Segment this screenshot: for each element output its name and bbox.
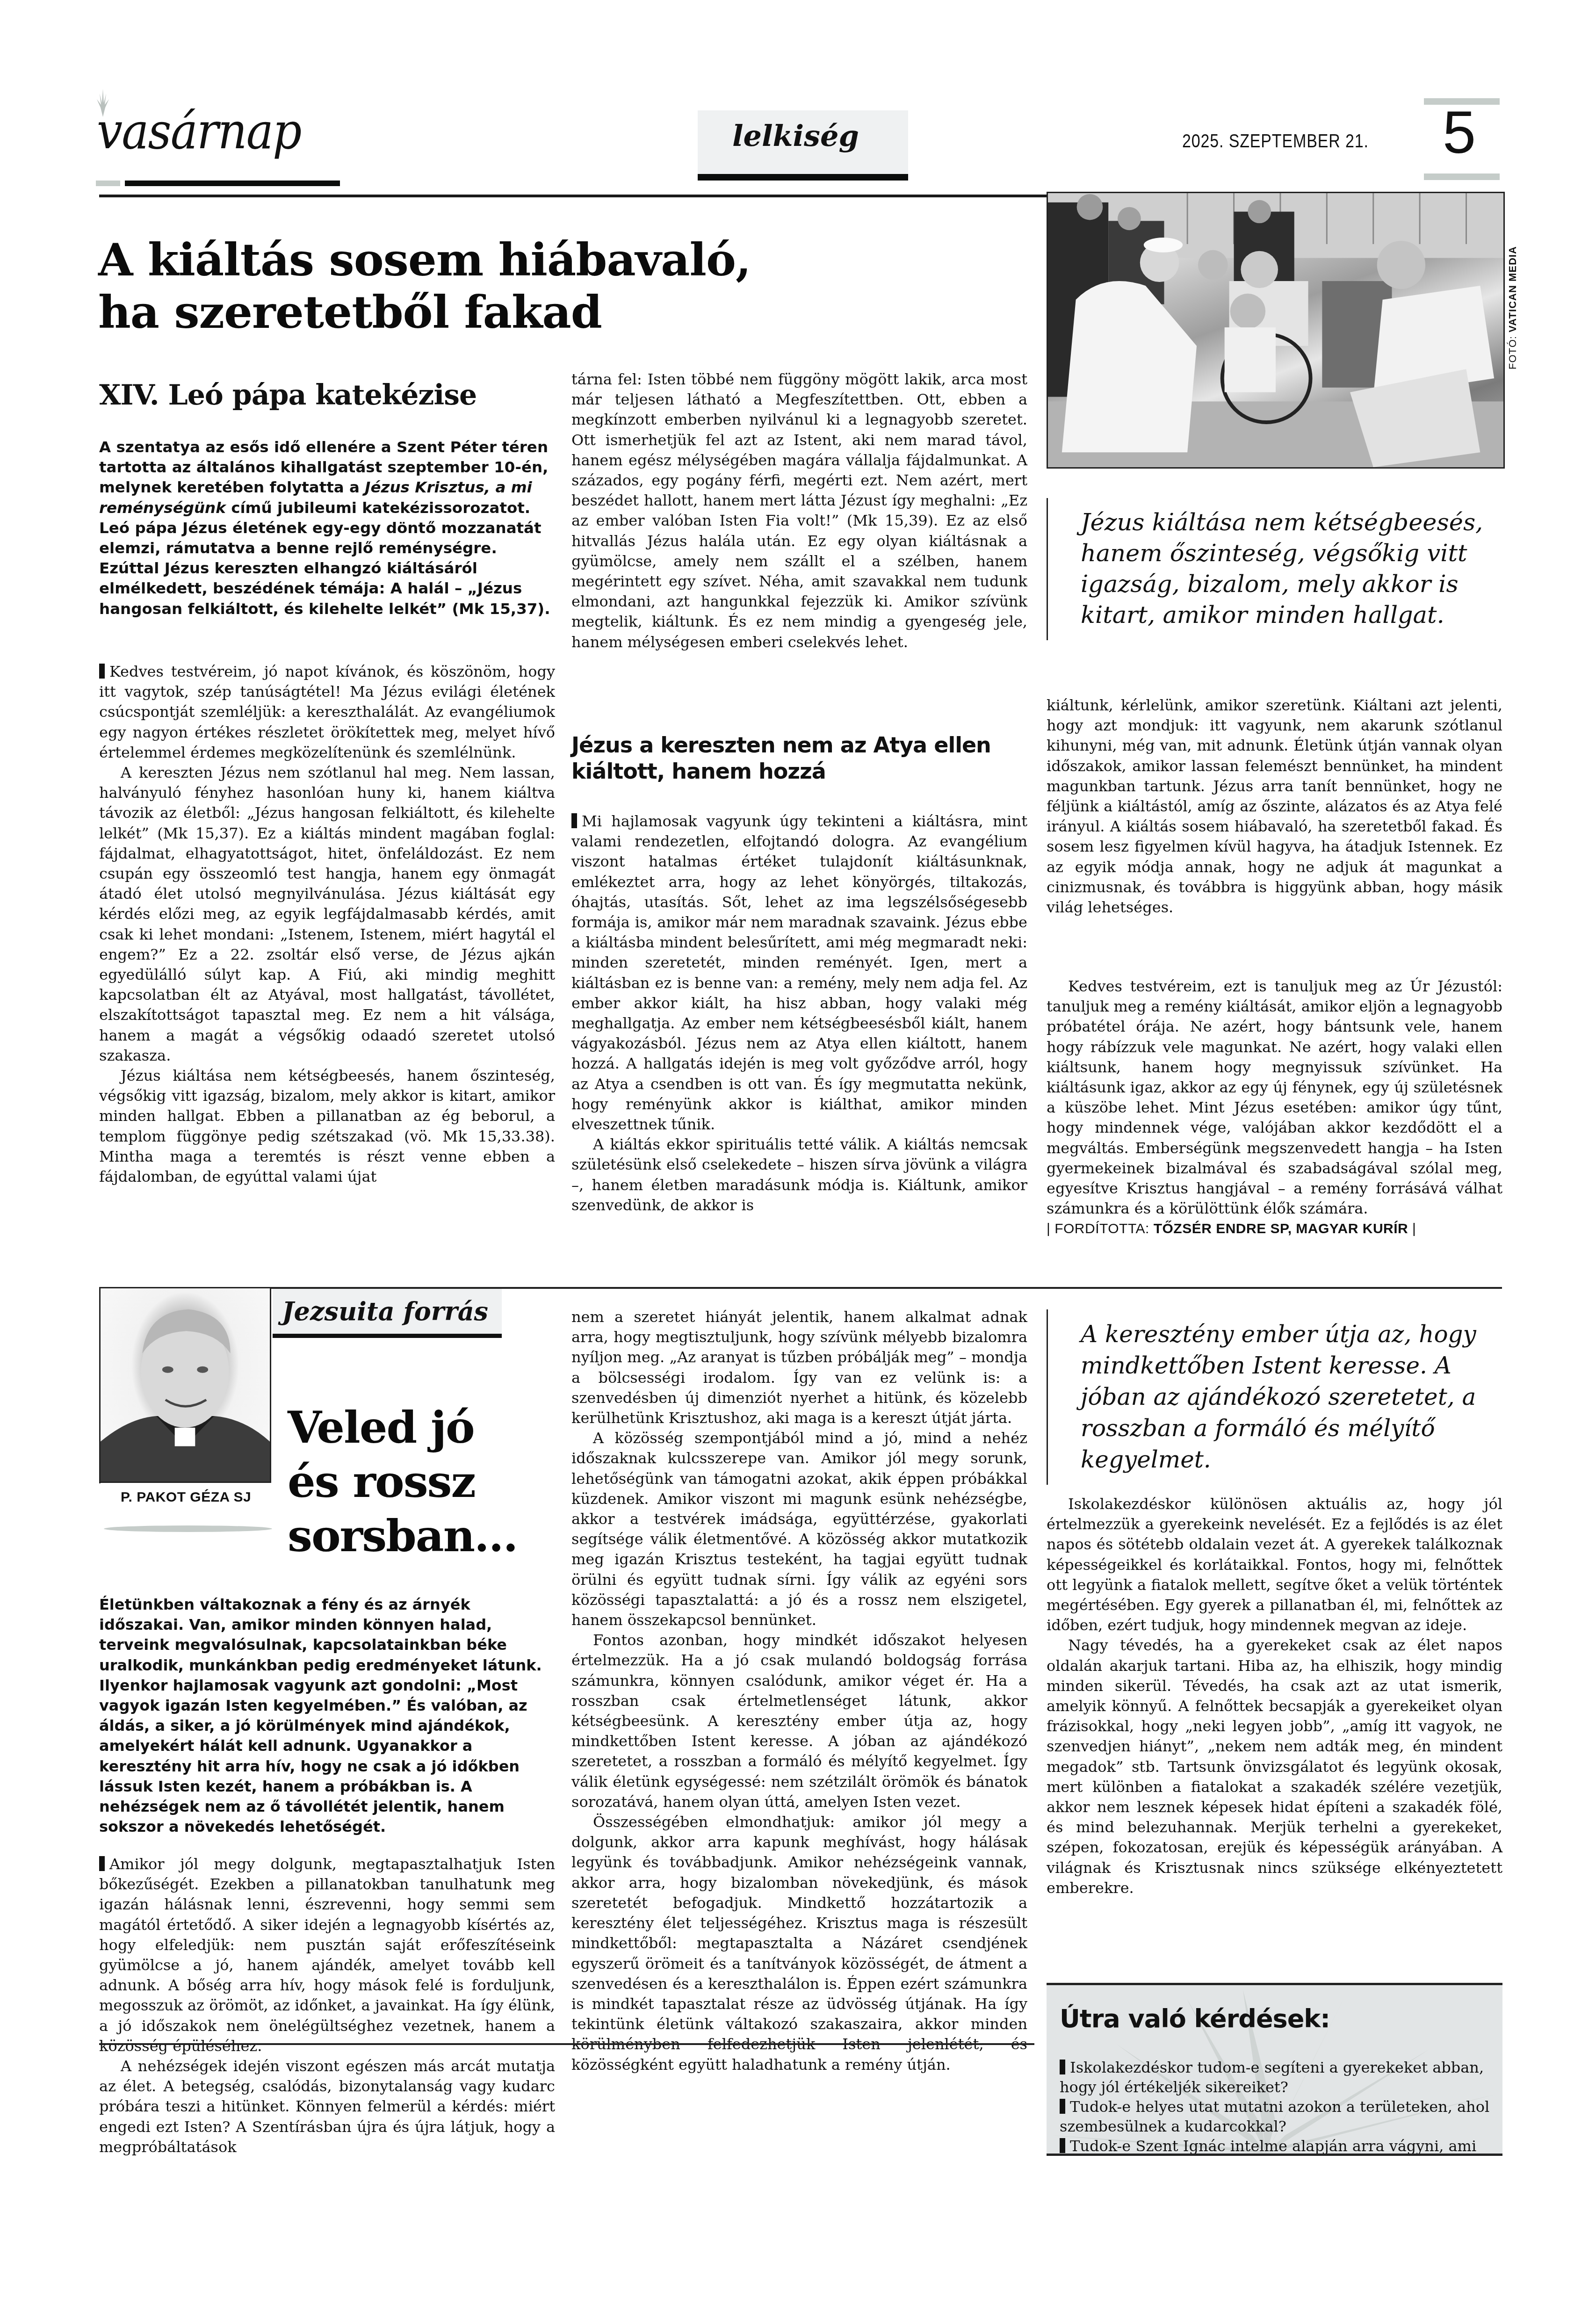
photo-credit-label: FOTÓ: [1507, 332, 1518, 369]
article-lead: A szentatya az esős idő ellenére a Szent… [99, 437, 557, 619]
paragraph: A kiáltás ekkor spirituális tetté válik.… [571, 1135, 1027, 1215]
page-number-box: 5 [1424, 98, 1500, 175]
author-portrait-illustration [101, 1288, 270, 1482]
column-title-line-2: és rossz [288, 1456, 475, 1508]
column-body-1: Amikor jól megy dolgunk, megtapasztalhat… [99, 1854, 555, 2157]
article-headline: A kiáltás sosem hiábavaló, ha szeretetbő… [98, 234, 987, 339]
article-column-3: kiáltunk, kérlelünk, amikor szeretünk. K… [1047, 695, 1502, 918]
question-marker-icon [1060, 2138, 1065, 2153]
article-column-2: tárna fel: Isten többé nem függöny mögöt… [571, 369, 1027, 652]
article-subheading: Jézus a kereszten nem az Atya ellen kiál… [571, 732, 1027, 784]
author-photo [101, 1288, 271, 1483]
paragraph-marker-icon [99, 1856, 105, 1871]
paragraph: Összességében elmondhatjuk: amikor jól m… [571, 1812, 1027, 2075]
logo-text: vasárnap [97, 107, 301, 156]
question-item: Tudok-e helyes utat mutatni azokon a ter… [1060, 2097, 1499, 2136]
photo-illustration [1048, 193, 1503, 467]
article-column-1: Kedves testvéreim, jó napot kívánok, és … [99, 662, 555, 1187]
page-number-bottom-bar [1424, 173, 1500, 180]
translator-name: TŐZSÉR ENDRE SP, MAGYAR KURÍR [1154, 1221, 1408, 1236]
paragraph: A közösség szempontjából mind a jó, mind… [571, 1428, 1027, 1630]
questions-list: Iskolakezdéskor tudom-e segíteni a gyere… [1060, 2058, 1499, 2156]
paragraph: Kedves testvéreim, ezt is tanuljuk meg a… [1047, 976, 1502, 1219]
article-column-2-continued: Mi hajlamosak vagyunk úgy tekinteni a ki… [571, 811, 1027, 1215]
pull-quote-2: A keresztény ember útja az, hogy mindket… [1047, 1309, 1500, 1485]
column-title-line-1: Veled jó [288, 1402, 474, 1453]
section-tag: lelkiség [698, 110, 908, 177]
section-underline [698, 174, 908, 181]
question-item: Tudok-e Szent Ignác intelme alapján arra… [1060, 2136, 1499, 2156]
question-text: Iskolakezdéskor tudom-e segíteni a gyere… [1060, 2059, 1484, 2096]
column-body-3: Iskolakezdéskor különösen aktuális az, h… [1047, 1494, 1502, 1898]
paragraph: Nagy tévedés, ha a gyerekeket csak az él… [1047, 1635, 1502, 1898]
photo-credit: FOTÓ: VATICAN MEDIA [1507, 267, 1519, 369]
headline-line-2: ha szeretetből fakad [98, 286, 602, 339]
question-text: Tudok-e helyes utat mutatni azokon a ter… [1060, 2098, 1489, 2135]
paragraph-text: Amikor jól megy dolgunk, megtapasztalhat… [99, 1855, 555, 2055]
paragraph: kiáltunk, kérlelünk, amikor szeretünk. K… [1047, 695, 1502, 918]
column-title: Veled jó és rossz sorsban... [288, 1401, 549, 1563]
paragraph-marker-icon [99, 664, 105, 679]
masthead-logo: vasárnap [96, 89, 339, 164]
questions-box: Útra való kérdések: Iskolakezdéskor tudo… [1047, 1983, 1502, 2156]
paragraph: Fontos azonban, hogy mindkét időszakot h… [571, 1630, 1027, 1812]
column-tag-label: Jezsuita forrás [282, 1296, 488, 1326]
paragraph-marker-icon [571, 813, 577, 828]
author-name: P. PAKOT GÉZA SJ [101, 1489, 271, 1505]
headline-line-1: A kiáltás sosem hiábavaló, [98, 233, 751, 286]
paragraph-text: Kedves testvéreim, jó napot kívánok, és … [99, 663, 555, 761]
page-number: 5 [1443, 103, 1476, 163]
article-subtitle: XIV. Leó pápa katekézise [99, 379, 520, 412]
question-text: Tudok-e Szent Ignác intelme alapján arra… [1060, 2137, 1476, 2156]
author-name-underline [104, 1525, 272, 1532]
column-title-line-3: sorsban... [288, 1511, 517, 1562]
paragraph: A kereszten Jézus nem szótlanul hal meg.… [99, 763, 555, 1066]
paragraph: Iskolakezdéskor különösen aktuális az, h… [1047, 1494, 1502, 1635]
paragraph: A nehézségek idején viszont egészen más … [99, 2056, 555, 2157]
article-column-3-continued: Kedves testvéreim, ezt is tanuljuk meg a… [1047, 976, 1502, 1239]
issue-date: 2025. SZEPTEMBER 21. [1182, 131, 1369, 152]
paragraph: Mi hajlamosak vagyunk úgy tekinteni a ki… [571, 811, 1027, 1135]
paragraph: Amikor jól megy dolgunk, megtapasztalhat… [99, 1854, 555, 2056]
column-body-2: nem a szeretet hiányát jelentik, hanem a… [571, 1307, 1027, 2075]
paragraph: nem a szeretet hiányát jelentik, hanem a… [571, 1307, 1027, 1428]
translator-label: FORDÍTOTTA: [1054, 1221, 1154, 1236]
bottom-rule [99, 2043, 1034, 2045]
pull-quote: Jézus kiáltása nem kétségbeesés, hanem ő… [1047, 498, 1500, 640]
paragraph: Jézus kiáltása nem kétségbeesés, hanem ő… [99, 1066, 555, 1187]
section-label: lelkiség [732, 119, 859, 153]
question-item: Iskolakezdéskor tudom-e segíteni a gyere… [1060, 2058, 1499, 2097]
logo-underline [96, 181, 339, 186]
questions-title: Útra való kérdések: [1060, 2004, 1330, 2033]
question-marker-icon [1060, 2099, 1065, 2114]
pope-photo [1047, 192, 1505, 469]
paragraph: tárna fel: Isten többé nem függöny mögöt… [571, 369, 1027, 652]
photo-credit-name: VATICAN MEDIA [1507, 246, 1518, 332]
paragraph: Kedves testvéreim, jó napot kívánok, és … [99, 662, 555, 763]
column-lead: Életünkben váltakoznak a fény és az árny… [99, 1595, 557, 1837]
question-marker-icon [1060, 2060, 1065, 2074]
column-tag: Jezsuita forrás [273, 1289, 502, 1338]
paragraph-text: Mi hajlamosak vagyunk úgy tekinteni a ki… [571, 812, 1027, 1133]
translator-credit: | FORDÍTOTTA: TŐZSÉR ENDRE SP, MAGYAR KU… [1047, 1219, 1502, 1239]
